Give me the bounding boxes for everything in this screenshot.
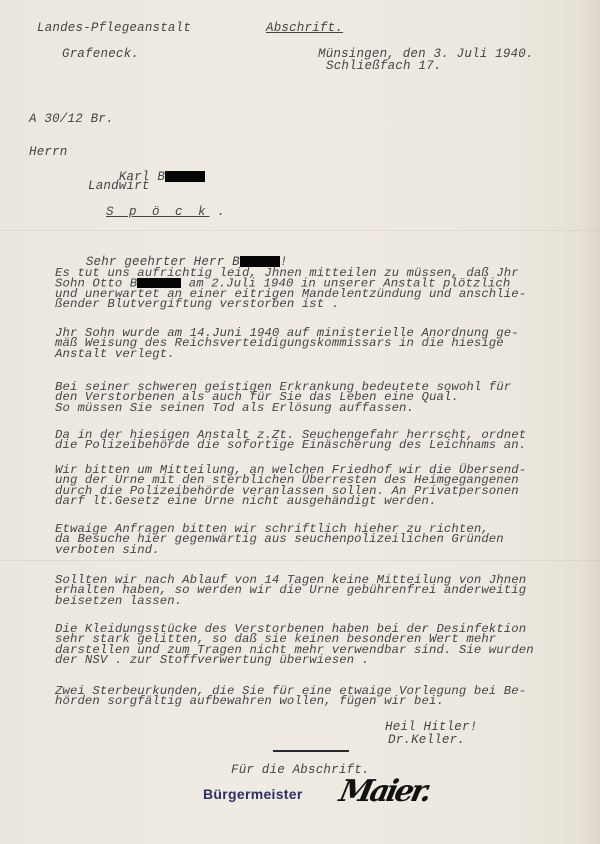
recipient-salutation: Herrn xyxy=(29,145,68,159)
recipient-town: S p ö c k xyxy=(106,205,210,219)
institution-location: Grafeneck. xyxy=(62,47,139,61)
body-paragraph: Da in der hiesigen Anstalt z.Zt. Seuchen… xyxy=(55,430,600,451)
body-paragraph: Es tut uns aufrichtig leid, Jhnen mittei… xyxy=(55,268,600,309)
signatory-name: Dr.Keller. xyxy=(388,733,465,747)
paper-fold xyxy=(0,230,600,231)
text-line: verboten sind. xyxy=(55,545,600,555)
body-paragraph: Sollten wir nach Ablauf von 14 Tagen kei… xyxy=(55,575,600,606)
po-box: Schließfach 17. xyxy=(326,59,442,73)
body-paragraph: Etwaige Anfragen bitten wir schriftlich … xyxy=(55,524,600,555)
redaction-bar xyxy=(165,171,205,182)
text-line: So müssen Sie seinen Tod als Erlösung au… xyxy=(55,403,600,413)
signature-rule xyxy=(273,750,349,752)
body-paragraph: Bei seiner schweren geistigen Erkrankung… xyxy=(55,382,600,413)
mayor-stamp: Bürgermeister xyxy=(203,786,303,802)
copy-mark: Abschrift. xyxy=(266,21,343,35)
body-paragraph: Jhr Sohn wurde am 14.Juni 1940 auf minis… xyxy=(55,328,600,359)
recipient-town-line: S p ö c k . xyxy=(106,205,225,219)
letter-page: Landes-Pflegeanstalt Grafeneck. Abschrif… xyxy=(0,0,600,844)
institution-name: Landes-Pflegeanstalt xyxy=(37,21,191,35)
text-line: Anstalt verlegt. xyxy=(55,349,600,359)
reference-number: A 30/12 Br. xyxy=(29,112,114,126)
closing-salute: Heil Hitler! xyxy=(385,720,477,734)
recipient-occupation: Landwirt xyxy=(88,179,150,193)
text-line: die Polizeibehörde die sofortige Einäsch… xyxy=(55,440,600,450)
text-line: beisetzen lassen. xyxy=(55,596,600,606)
body-paragraph: Zwei Sterbeurkunden, die Sie für eine et… xyxy=(55,686,600,707)
paper-fold xyxy=(0,560,600,561)
body-paragraph: Die Kleidungsstücke des Verstorbenen hab… xyxy=(55,624,600,665)
body-paragraph: Wir bitten um Mitteilung, an welchen Fri… xyxy=(55,465,600,506)
handwritten-signature: Maier. xyxy=(336,774,432,809)
